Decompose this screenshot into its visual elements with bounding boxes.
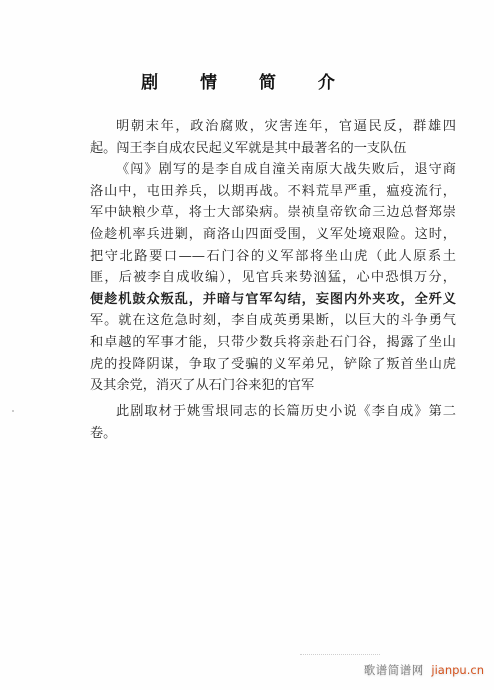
text-line: 《闯》剧写的是李自成自潼关南原大战失败后，退守商 bbox=[90, 159, 456, 181]
text-line: 卷。 bbox=[90, 422, 456, 444]
paragraph-1: 明朝末年，政治腐败，灾害连年，官逼民反，群雄四 起。闯王李自成农民起义军就是其中… bbox=[90, 116, 456, 159]
site-watermark: 歌谱简谱网 jianpu.cn bbox=[364, 662, 484, 678]
text-line: 和卓越的军事才能，只带少数兵将亲赴石门谷，揭露了坐山 bbox=[90, 332, 456, 354]
text-line: 便趁机鼓众叛乱，并暗与官军勾结，妄图内外夹攻，全歼义 bbox=[90, 289, 456, 311]
paragraph-2: 《闯》剧写的是李自成自潼关南原大战失败后，退守商 洛山中，屯田养兵，以期再战。不… bbox=[90, 159, 456, 397]
watermark-site-name: 歌谱简谱网 bbox=[364, 663, 424, 677]
synopsis-body: 明朝末年，政治腐败，灾害连年，官逼民反，群雄四 起。闯王李自成农民起义军就是其中… bbox=[90, 116, 456, 397]
source-note: 此剧取材于姚雪垠同志的长篇历史小说《李自成》第二 卷。 bbox=[90, 400, 456, 443]
scan-speck bbox=[12, 410, 14, 412]
text-line: 此剧取材于姚雪垠同志的长篇历史小说《李自成》第二 bbox=[90, 400, 456, 422]
text-line: 俭趁机率兵进剿，商洛山四面受围，义军处境艰险。这时， bbox=[90, 224, 456, 246]
text-line: 洛山中，屯田养兵，以期再战。不料荒旱严重，瘟疫流行， bbox=[90, 181, 456, 203]
document-page: 剧 情 简 介 明朝末年，政治腐败，灾害连年，官逼民反，群雄四 起。闯王李自成农… bbox=[0, 0, 494, 690]
text-line: 虎的投降阴谋，争取了受骗的义军弟兄，铲除了叛首坐山虎 bbox=[90, 354, 456, 376]
text-line: 军中缺粮少草，将士大部染病。崇祯皇帝钦命三边总督郑崇 bbox=[90, 202, 456, 224]
text-line: 把守北路要口——石门谷的义军部将坐山虎（此人原系土 bbox=[90, 246, 456, 268]
text-line: 起。闯王李自成农民起义军就是其中最著名的一支队伍 bbox=[90, 138, 456, 160]
watermark-site-url: jianpu.cn bbox=[431, 663, 484, 677]
text-line: 及其余党，消灭了从石门谷来犯的官军 bbox=[90, 375, 456, 397]
page-title: 剧 情 简 介 bbox=[0, 68, 494, 93]
scan-artifact-line bbox=[300, 654, 380, 656]
text-line: 匪，后被李自成收编），见官兵来势汹猛，心中恐惧万分， bbox=[90, 267, 456, 289]
text-line: 军。就在这危急时刻，李自成英勇果断，以巨大的斗争勇气 bbox=[90, 310, 456, 332]
text-line: 明朝末年，政治腐败，灾害连年，官逼民反，群雄四 bbox=[90, 116, 456, 138]
